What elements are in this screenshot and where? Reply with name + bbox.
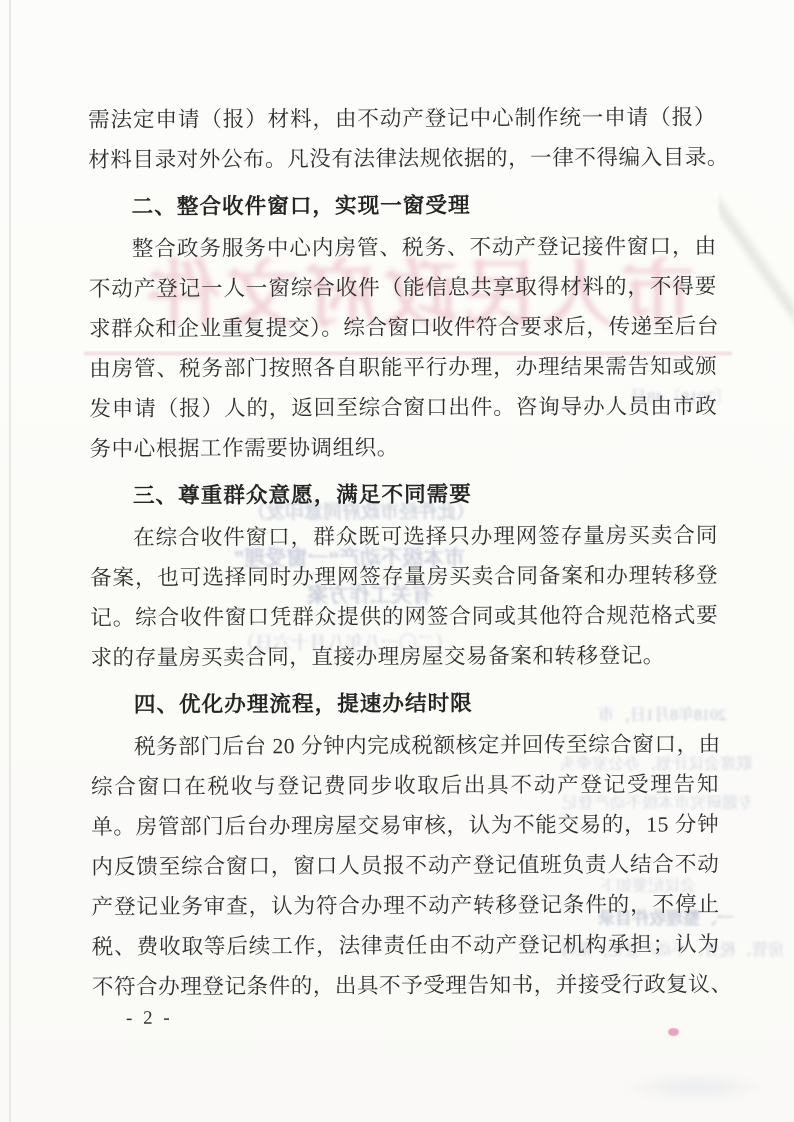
text-line: 材料目录对外公布。凡没有法律法规依据的，一律不得编入目录。	[88, 137, 716, 180]
text-line: 不符合办理登记条件的，出具不予受理告知书，并接受行政复议、	[92, 964, 720, 1007]
document-body: 需法定申请（报）材料，由不动产登记中心制作统一申请（报） 材料目录对外公布。凡没…	[88, 97, 720, 1030]
text-line: 内反馈至综合窗口，窗口人员报不动产登记值班负责人结合不动	[91, 844, 719, 887]
text-line: 务中心根据工作需要协调组织。	[89, 426, 717, 469]
text-line: 税、费收取等后续工作，法律责任由不动产登记机构承担；认为	[92, 924, 720, 967]
scanner-edge-line	[9, 0, 11, 1122]
text-line: 产登记业务审查，认为符合办理不动产转移登记条件的，不停止	[91, 884, 719, 927]
text-line: 发申请（报）人的，返回至综合窗口出件。咨询导办人员由市政	[89, 386, 717, 429]
section-heading-4: 四、优化办理流程，提速办结时限	[91, 682, 719, 725]
text-line: 综合窗口在税收与登记费同步收取后出具不动产登记受理告知	[91, 764, 719, 807]
text-line: 在综合收件窗口，群众既可选择只办理网签存量房买卖合同	[90, 515, 718, 558]
text-line: 整合政务服务中心内房管、税务、不动产登记接件窗口，由	[89, 226, 717, 269]
scan-smudge	[620, 1072, 770, 1102]
page-number: - 2 -	[126, 1005, 720, 1030]
text-line: 由房管、税务部门按照各自职能平行办理，办理结果需告知或颁	[89, 346, 717, 389]
section-heading-2: 二、整合收件窗口，实现一窗受理	[88, 184, 716, 227]
text-line: 不动产登记一人一窗综合收件（能信息共享取得材料的，不得要	[89, 266, 717, 309]
text-line: 税务部门后台 20 分钟内完成税额核定并回传至综合窗口，由	[91, 724, 719, 767]
section-heading-3: 三、尊重群众意愿，满足不同需要	[90, 473, 718, 516]
text-line: 记。综合收件窗口凭群众提供的网签合同或其他符合规范格式要	[90, 595, 718, 638]
text-line: 求的存量房买卖合同，直接办理房屋交易备案和转移登记。	[90, 635, 718, 678]
text-line: 需法定申请（报）材料，由不动产登记中心制作统一申请（报）	[88, 97, 716, 140]
text-line: 求群众和企业重复提交）。综合窗口收件符合要求后，传递至后台	[89, 306, 717, 349]
text-line: 备案，也可选择同时办理网签存量房买卖合同备案和办理转移登	[90, 555, 718, 598]
pink-ink-dot	[668, 1028, 679, 1036]
text-line: 单。房管部门后台办理房屋交易审核，认为不能交易的，15 分钟	[91, 804, 719, 847]
